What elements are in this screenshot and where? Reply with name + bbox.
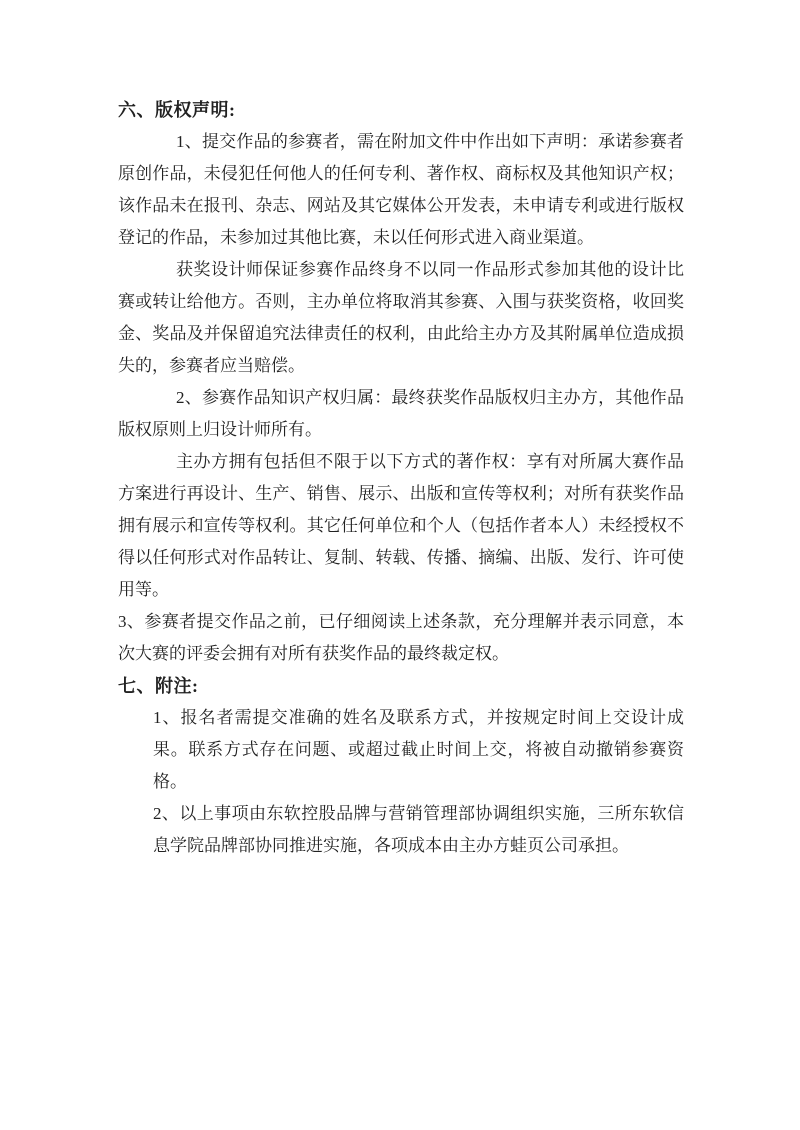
- section-copyright: 六、版权声明: 1、提交作品的参赛者，需在附加文件中作出如下声明：承诺参赛者原创…: [118, 94, 684, 670]
- paragraph: 获奖设计师保证参赛作品终身不以同一作品形式参加其他的设计比赛或转让给他方。否则，…: [118, 254, 684, 382]
- paragraph: 2、以上事项由东软控股品牌与营销管理部协调组织实施，三所东软信息学院品牌部协同推…: [153, 798, 684, 862]
- section-notes-heading: 七、附注:: [118, 670, 684, 702]
- document-page: 六、版权声明: 1、提交作品的参赛者，需在附加文件中作出如下声明：承诺参赛者原创…: [0, 0, 800, 1130]
- paragraph: 1、提交作品的参赛者，需在附加文件中作出如下声明：承诺参赛者原创作品，未侵犯任何…: [118, 126, 684, 254]
- paragraph: 3、参赛者提交作品之前，已仔细阅读上述条款，充分理解并表示同意，本次大赛的评委会…: [118, 606, 684, 670]
- document-content: 六、版权声明: 1、提交作品的参赛者，需在附加文件中作出如下声明：承诺参赛者原创…: [118, 94, 684, 862]
- paragraph: 2、参赛作品知识产权归属：最终获奖作品版权归主办方，其他作品版权原则上归设计师所…: [118, 382, 684, 446]
- paragraph: 主办方拥有包括但不限于以下方式的著作权：享有对所属大赛作品方案进行再设计、生产、…: [118, 446, 684, 606]
- section-notes: 七、附注: 1、报名者需提交准确的姓名及联系方式，并按规定时间上交设计成果。联系…: [118, 670, 684, 862]
- section-copyright-heading: 六、版权声明:: [118, 94, 684, 126]
- paragraph: 1、报名者需提交准确的姓名及联系方式，并按规定时间上交设计成果。联系方式存在问题…: [153, 702, 684, 798]
